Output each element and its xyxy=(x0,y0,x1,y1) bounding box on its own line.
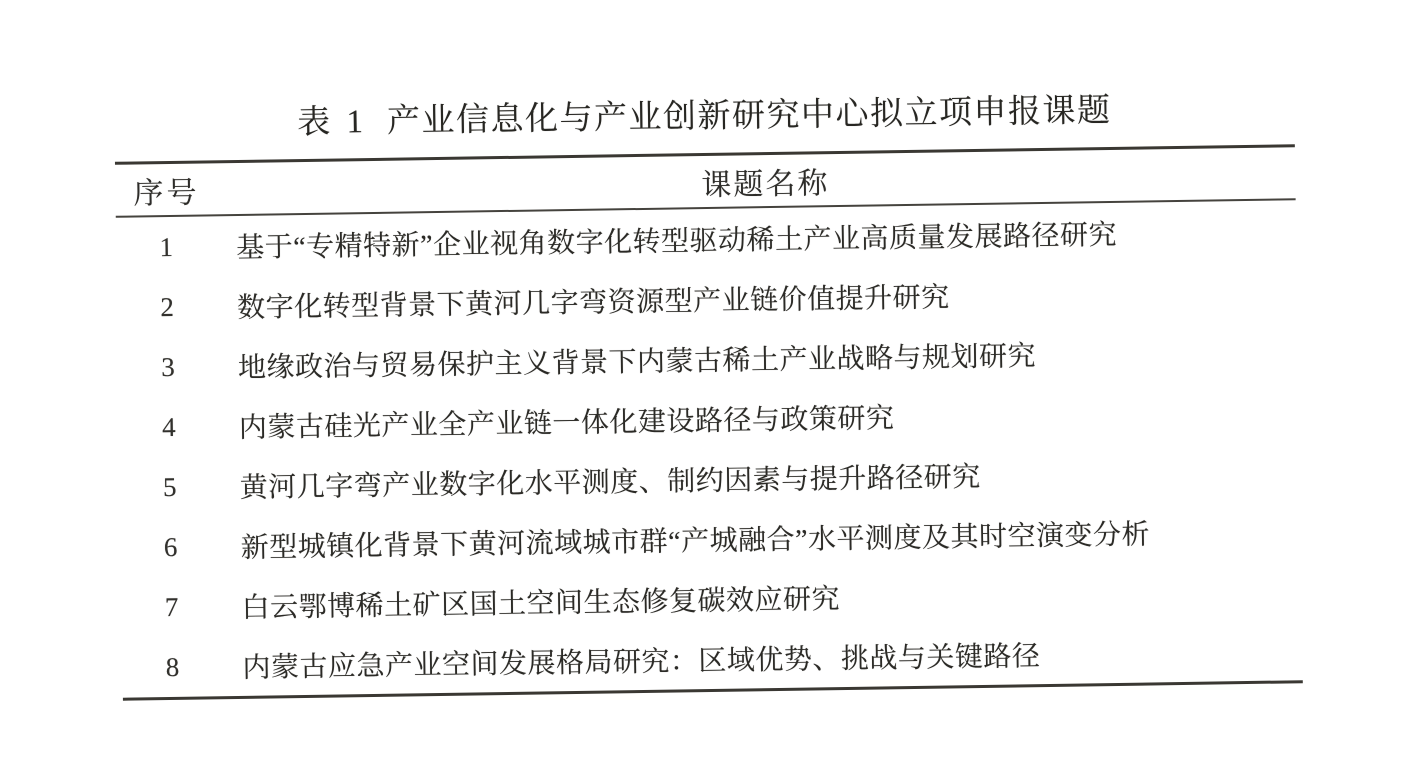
row-topic-name: 地缘政治与贸易保护主义背景下内蒙古稀土产业战略与规划研究 xyxy=(218,330,1298,386)
row-topic-name: 内蒙古硅光产业全产业链一体化建设路径与政策研究 xyxy=(219,390,1299,446)
row-serial-number: 5 xyxy=(120,471,220,503)
row-topic-name: 白云鄂博稀土矿区国土空间生态修复碳效应研究 xyxy=(221,570,1301,626)
row-topic-name: 内蒙古应急产业空间发展格局研究：区域优势、挑战与关键路径 xyxy=(222,630,1302,686)
topics-table: 序号 课题名称 1 基于“专精特新”企业视角数字化转型驱动稀土产业高质量发展路径… xyxy=(115,144,1303,700)
scanned-document-region: 表 1 产业信息化与产业创新研究中心拟立项申报课题 序号 课题名称 1 基于“专… xyxy=(114,85,1303,700)
row-topic-name: 新型城镇化背景下黄河流域城市群“产城融合”水平测度及其时空演变分析 xyxy=(220,510,1300,566)
row-serial-number: 4 xyxy=(119,411,219,443)
row-serial-number: 8 xyxy=(122,651,222,683)
header-serial-number: 序号 xyxy=(115,166,236,212)
row-serial-number: 2 xyxy=(117,291,217,323)
row-serial-number: 7 xyxy=(121,591,221,623)
row-serial-number: 6 xyxy=(120,531,220,563)
table-title: 产业信息化与产业创新研究中心拟立项申报课题 xyxy=(387,88,1112,145)
row-topic-name: 基于“专精特新”企业视角数字化转型驱动稀土产业高质量发展路径研究 xyxy=(216,210,1296,266)
row-serial-number: 1 xyxy=(116,231,216,263)
header-topic-name: 课题名称 xyxy=(235,151,1296,211)
table-label: 表 1 xyxy=(297,99,367,146)
table-caption: 表 1 产业信息化与产业创新研究中心拟立项申报课题 xyxy=(114,85,1295,148)
row-serial-number: 3 xyxy=(118,351,218,383)
row-topic-name: 数字化转型背景下黄河几字弯资源型产业链价值提升研究 xyxy=(217,270,1297,326)
row-topic-name: 黄河几字弯产业数字化水平测度、制约因素与提升路径研究 xyxy=(219,450,1299,506)
